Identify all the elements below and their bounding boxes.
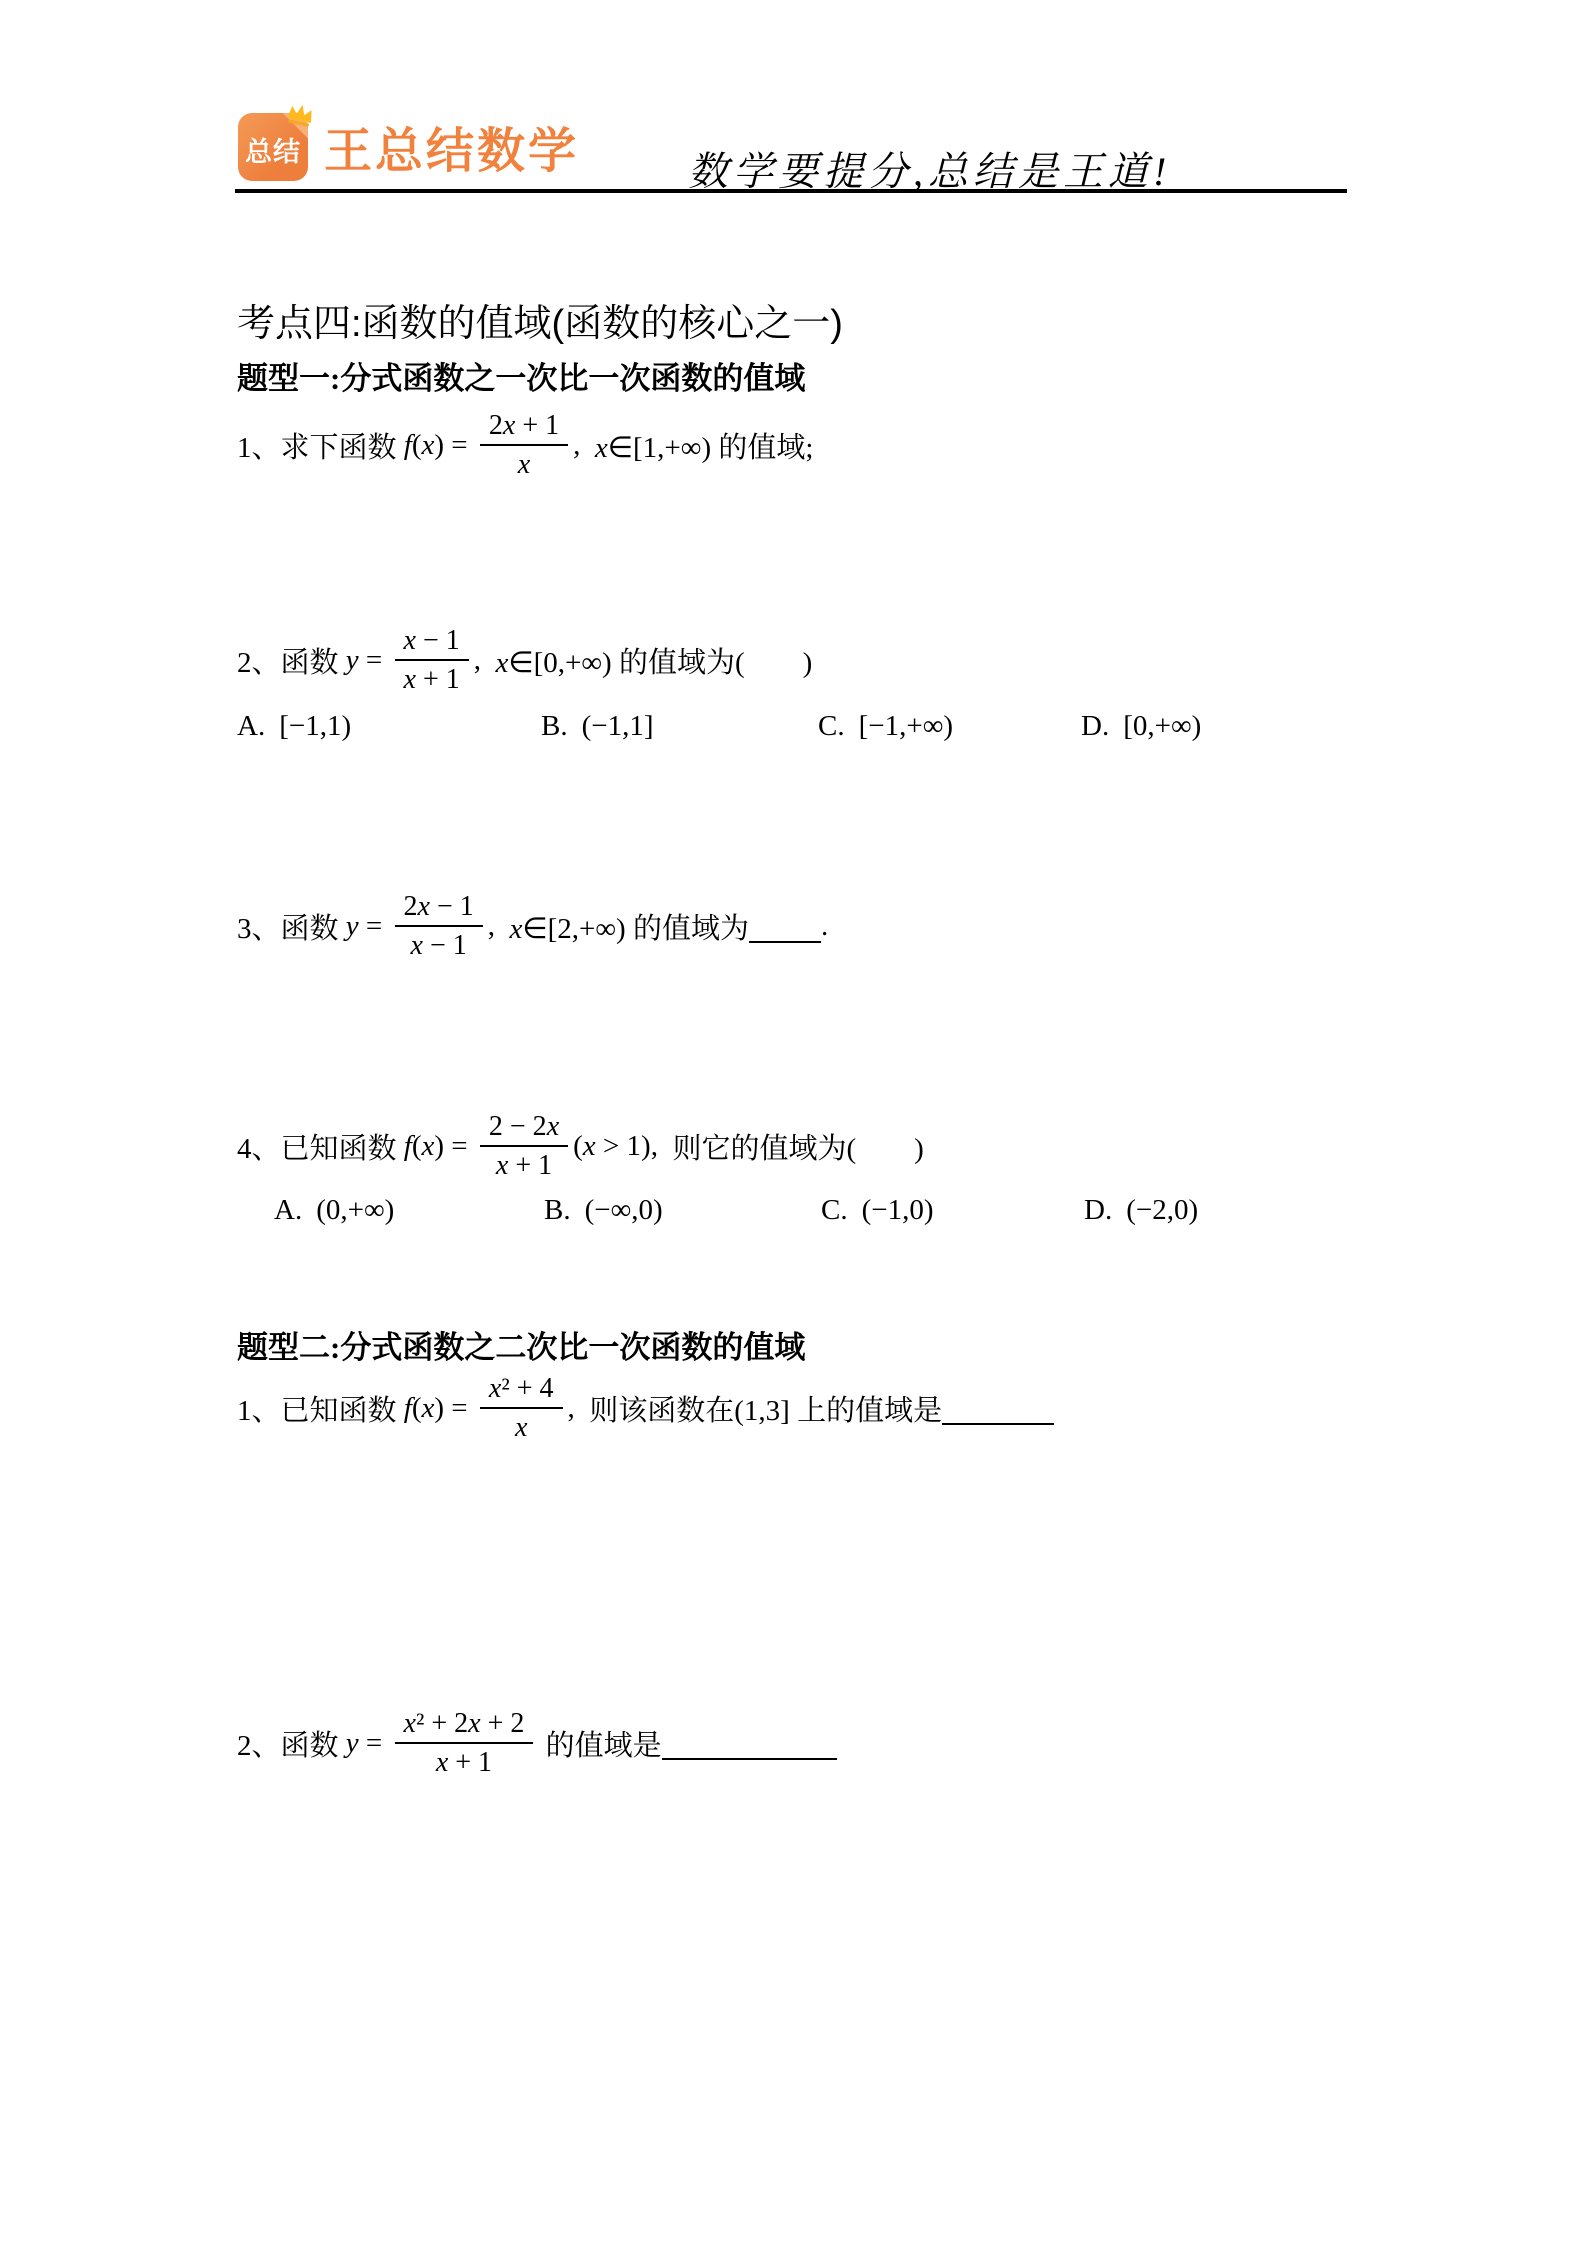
problem-4-condition: (x > 1) [573, 1130, 651, 1163]
crown-icon [285, 100, 316, 128]
s2-problem-1-fx: f(x) = [404, 1392, 475, 1425]
problem-4-comma: , [651, 1130, 673, 1163]
worksheet-page: 总结 王总结数学 数学要提分,总结是王道! 考点四:函数的值域(函数的核心之一)… [0, 0, 1587, 2245]
s2-problem-2-lead: 2、函数 [237, 1723, 346, 1764]
s2-problem-1-tail: 则该函数在(1,3] 上的值域是 [589, 1388, 942, 1429]
fraction: x² + 2x + 2x + 1 [395, 1706, 534, 1780]
section2-problem-1: 1、已知函数 f(x) = x² + 4x, 则该函数在(1,3] 上的值域是 [237, 1363, 1054, 1453]
section2-problem-2: 2、函数 y = x² + 2x + 2x + 1 的值域是 [237, 1698, 837, 1788]
problem-4-lead: 4、已知函数 [237, 1126, 404, 1167]
answer-blank [662, 1726, 837, 1760]
problem-2-lead: 2、函数 [237, 640, 346, 681]
section1-heading: 题型一:分式函数之一次比一次函数的值域 [237, 353, 805, 398]
s2-problem-2-fx: y = [346, 1727, 390, 1760]
option-b: B.(−∞,0) [544, 1194, 663, 1227]
fraction: x² + 4x [480, 1371, 563, 1445]
problem-1: 1、求下函数 f(x) = 2x + 1x, x∈[1,+∞) 的值域; [237, 400, 813, 490]
fraction: 2 − 2xx + 1 [480, 1109, 568, 1183]
option-b: B.(−1,1] [541, 710, 654, 743]
fraction-denominator: x + 1 [436, 1744, 492, 1780]
problem-2-tail: x∈[0,+∞) 的值域为( ) [495, 640, 812, 681]
problem-1-fx: f(x) = [404, 429, 475, 462]
problem-3-comma: , [488, 910, 510, 943]
answer-blank [749, 909, 821, 943]
problem-3-tail: x∈[2,+∞) 的值域为 [509, 906, 748, 947]
fraction-denominator: x [518, 446, 530, 482]
fraction-numerator: 2x − 1 [395, 889, 483, 927]
problem-2-options: A.[−1,1) B.(−1,1] C.[−1,+∞) D.[0,+∞) [237, 706, 1487, 754]
page-title: 考点四:函数的值域(函数的核心之一) [237, 292, 843, 347]
brand-logo: 总结 王总结数学 [238, 112, 579, 181]
problem-2-comma: , [474, 644, 496, 677]
fraction-numerator: x² + 4 [480, 1371, 563, 1409]
logo-badge-label: 总结 [245, 130, 301, 169]
problem-3: 3、函数 y = 2x − 1x − 1, x∈[2,+∞) 的值域为. [237, 881, 828, 971]
option-c: C.(−1,0) [821, 1194, 934, 1227]
fraction: 2x + 1x [480, 408, 568, 482]
fraction-numerator: 2x + 1 [480, 408, 568, 446]
brand-name: 王总结数学 [324, 112, 579, 181]
answer-blank [942, 1391, 1054, 1425]
fraction-numerator: x² + 2x + 2 [395, 1706, 534, 1744]
section2-heading: 题型二:分式函数之二次比一次函数的值域 [237, 1322, 805, 1367]
problem-1-comma: , [573, 429, 595, 462]
problem-4-fx: f(x) = [404, 1130, 475, 1163]
fraction-denominator: x + 1 [496, 1147, 552, 1183]
problem-2: 2、函数 y = x − 1x + 1, x∈[0,+∞) 的值域为( ) [237, 615, 812, 705]
problem-2-fx: y = [346, 644, 390, 677]
option-c: C.[−1,+∞) [818, 710, 953, 743]
s2-problem-1-comma: , [568, 1392, 590, 1425]
s2-problem-2-tail: 的值域是 [538, 1723, 661, 1764]
problem-4-options: A.(0,+∞) B.(−∞,0) C.(−1,0) D.(−2,0) [237, 1190, 1487, 1238]
fraction-denominator: x + 1 [404, 661, 460, 697]
fraction: 2x − 1x − 1 [395, 889, 483, 963]
fraction-denominator: x [515, 1409, 527, 1445]
logo-badge: 总结 [238, 113, 308, 181]
fraction-denominator: x − 1 [411, 927, 467, 963]
problem-1-lead: 1、求下函数 [237, 425, 404, 466]
option-d: D.(−2,0) [1084, 1194, 1198, 1227]
fraction-numerator: x − 1 [395, 623, 469, 661]
problem-4-tail: 则它的值域为( ) [672, 1126, 923, 1167]
problem-1-tail: x∈[1,+∞) 的值域; [595, 425, 814, 466]
fraction-numerator: 2 − 2x [480, 1109, 568, 1147]
option-a: A.(0,+∞) [274, 1194, 394, 1227]
problem-3-lead: 3、函数 [237, 906, 346, 947]
option-a: A.[−1,1) [237, 710, 351, 743]
problem-3-period: . [821, 910, 828, 943]
option-d: D.[0,+∞) [1081, 710, 1201, 743]
header-rule [235, 189, 1347, 193]
problem-3-fx: y = [346, 910, 390, 943]
s2-problem-1-lead: 1、已知函数 [237, 1388, 404, 1429]
fraction: x − 1x + 1 [395, 623, 469, 697]
problem-4: 4、已知函数 f(x) = 2 − 2xx + 1(x > 1), 则它的值域为… [237, 1101, 924, 1191]
